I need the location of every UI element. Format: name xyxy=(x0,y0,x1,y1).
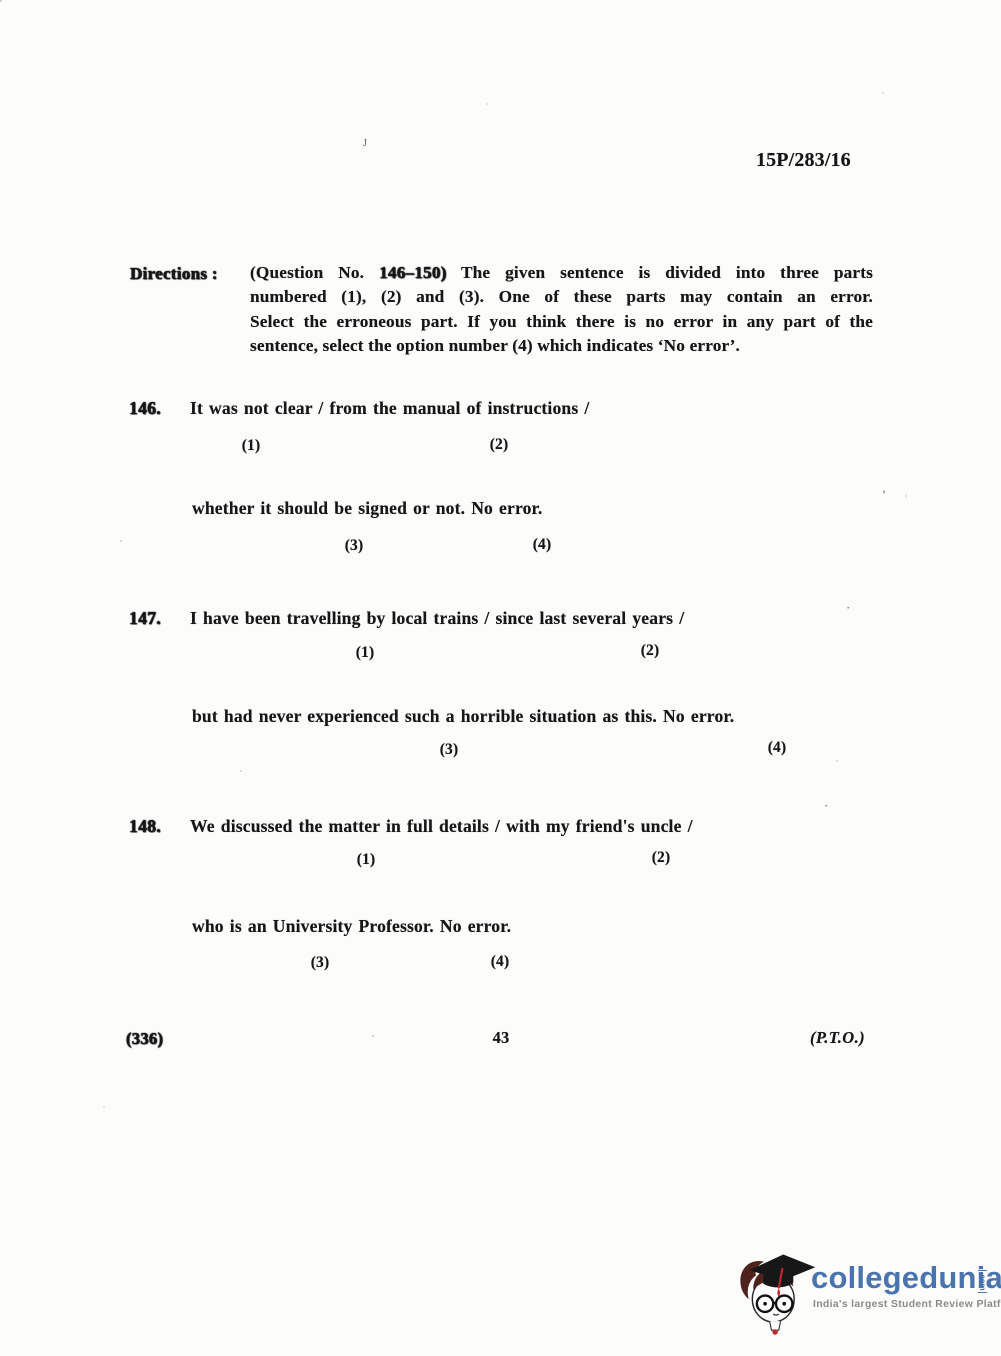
question-range: 146–150) xyxy=(379,263,446,282)
question-sentence: It was not clear / from the manual of in… xyxy=(190,398,589,419)
part-marker-1: (1) xyxy=(357,851,376,869)
directions-line: numbered (1), (2) and (3). One of these … xyxy=(250,285,873,309)
collegedunia-mascot-icon xyxy=(735,1246,817,1336)
booklet-series-code: (336) xyxy=(126,1029,163,1049)
part-marker-2: (2) xyxy=(641,642,660,660)
part-marker-3: (3) xyxy=(345,537,364,555)
directions-text: The given sentence is divided into three… xyxy=(446,263,873,282)
part-marker-1: (1) xyxy=(242,437,261,455)
scan-artifact: J xyxy=(363,138,367,149)
question-sentence: I have been travelling by local trains /… xyxy=(190,608,684,629)
collegedunia-logo: collegedunia .com India's largest Studen… xyxy=(735,1246,1000,1338)
scanned-exam-page: J ’ · · 15P/283/16 Directions : (Questio… xyxy=(0,0,1001,1356)
part-marker-1: (1) xyxy=(356,644,375,662)
scan-noise-specks xyxy=(0,0,2,2)
part-marker-2: (2) xyxy=(652,849,671,867)
part-marker-4: (4) xyxy=(533,536,552,554)
question-sentence: but had never experienced such a horribl… xyxy=(192,706,734,727)
page-number: 43 xyxy=(493,1028,510,1048)
question-number: 147. xyxy=(129,608,181,629)
part-marker-4: (4) xyxy=(491,953,510,971)
collegedunia-tld: .com xyxy=(978,1270,987,1293)
please-turn-over: (P.T.O.) xyxy=(810,1028,865,1048)
part-marker-4: (4) xyxy=(768,739,787,757)
part-marker-3: (3) xyxy=(311,954,330,972)
question-number: 146. xyxy=(129,398,181,419)
directions-label: Directions : xyxy=(130,264,218,284)
question-number: 148. xyxy=(129,816,181,837)
scan-artifact: · xyxy=(846,600,850,616)
directions-line: Select the erroneous part. If you think … xyxy=(250,310,873,334)
question-sentence: whether it should be signed or not. No e… xyxy=(192,498,542,519)
part-marker-3: (3) xyxy=(440,741,459,759)
question-sentence: We discussed the matter in full details … xyxy=(190,816,693,837)
collegedunia-wordmark: collegedunia xyxy=(811,1260,1001,1296)
collegedunia-tagline: India's largest Student Review Platform xyxy=(813,1299,1001,1310)
paper-code: 15P/283/16 xyxy=(756,149,851,172)
scan-artifact: · xyxy=(824,798,828,814)
directions-paragraph: (Question No. 146–150) The given sentenc… xyxy=(250,261,873,359)
part-marker-2: (2) xyxy=(490,436,509,454)
directions-line: sentence, select the option number (4) w… xyxy=(250,334,873,358)
scan-artifact: ’ xyxy=(882,487,886,502)
directions-line: (Question No. 146–150) The given sentenc… xyxy=(250,261,873,285)
directions-text: (Question No. xyxy=(250,263,379,282)
question-sentence: who is an University Professor. No error… xyxy=(192,916,511,937)
